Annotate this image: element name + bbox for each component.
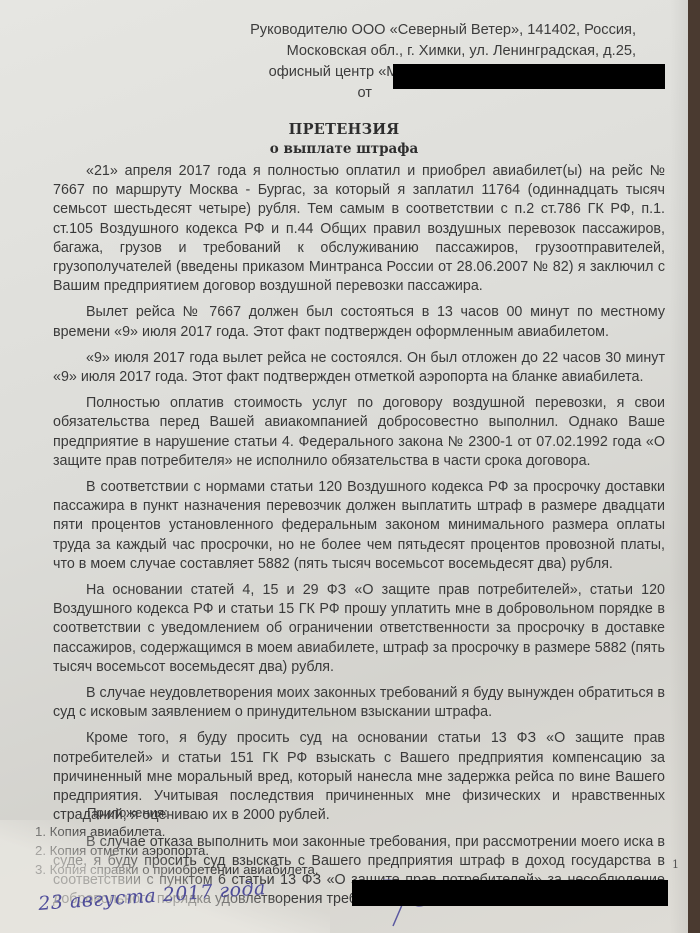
addressee-line: Московская обл., г. Химки, ул. Ленинград… bbox=[250, 41, 636, 62]
appendix-list: Приложения: 1. Копия авиабилета. 2. Копи… bbox=[35, 803, 319, 879]
redacted-sender bbox=[393, 64, 665, 89]
appendix-heading: Приложения: bbox=[35, 803, 319, 822]
appendix-item: 2. Копия отметки аэропорта. bbox=[35, 841, 319, 860]
appendix-item: 3. Копия справки о приобретении авиабиле… bbox=[35, 860, 319, 879]
addressee-block: Руководителю ООО «Северный Ветер», 14140… bbox=[250, 20, 636, 104]
paragraph: На основании статей 4, 15 и 29 ФЗ «О защ… bbox=[53, 581, 665, 677]
paragraph: «9» июля 2017 года вылет рейса не состоя… bbox=[53, 349, 665, 387]
from-label: от bbox=[357, 85, 371, 101]
redacted-signature bbox=[352, 880, 668, 906]
addressee-line: Руководителю ООО «Северный Ветер», 14140… bbox=[250, 20, 636, 41]
document-title: ПРЕТЕНЗИЯ bbox=[0, 121, 688, 138]
paragraph: В соответствии с нормами статьи 120 Возд… bbox=[53, 478, 665, 574]
paragraph: В случае неудовлетворения моих законных … bbox=[53, 684, 665, 722]
paragraph: Вылет рейса № 7667 должен был состояться… bbox=[53, 303, 665, 341]
paper-edge-shadow bbox=[670, 0, 688, 933]
appendix-item: 1. Копия авиабилета. bbox=[35, 822, 319, 841]
paragraph: Полностью оплатив стоимость услуг по дог… bbox=[53, 394, 665, 471]
document-page: Руководителю ООО «Северный Ветер», 14140… bbox=[0, 0, 688, 933]
paragraph: «21» апреля 2017 года я полностью оплати… bbox=[53, 162, 665, 296]
document-subtitle: о выплате штрафа bbox=[0, 141, 688, 157]
